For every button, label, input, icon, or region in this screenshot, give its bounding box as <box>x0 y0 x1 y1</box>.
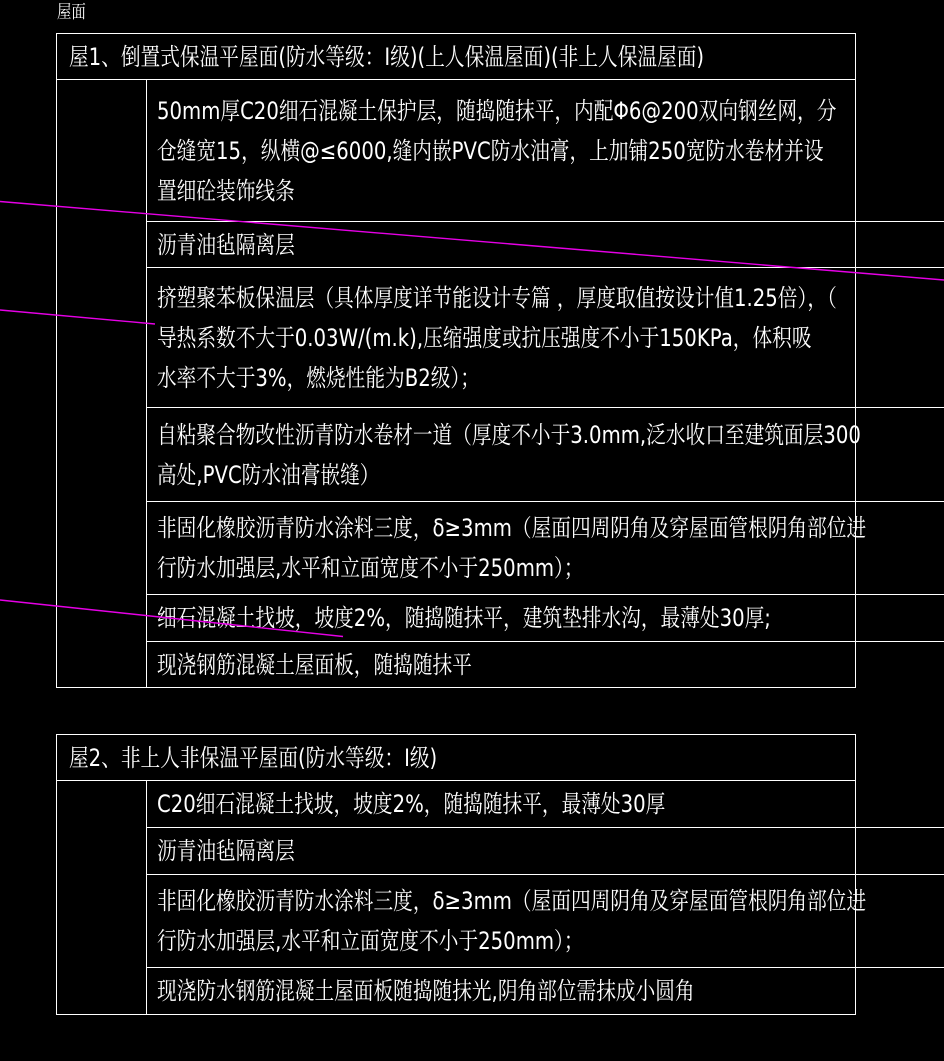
layer-row: C20细石混凝土找坡，坡度2%，随捣随抹平，最薄处30厚 <box>147 781 944 827</box>
layer-text-line: 水率不大于3%，燃烧性能为B2级）； <box>157 358 837 398</box>
layer-row: 现浇防水钢筋混凝土屋面板随捣随抹光,阴角部位需抹成小圆角 <box>147 967 944 1014</box>
roof-spec-table-1: 屋1、倒置式保温平屋面(防水等级：Ⅰ级)(上人保温屋面)(非上人保温屋面) 50… <box>56 33 856 688</box>
layer-row: 非固化橡胶沥青防水涂料三度，δ≥3mm（屋面四周阴角及穿屋面管根阴角部位进 行防… <box>147 874 944 967</box>
table-title-text: 屋1、倒置式保温平屋面(防水等级：Ⅰ级)(上人保温屋面)(非上人保温屋面) <box>69 37 704 77</box>
table-title: 屋2、非上人非保温平屋面(防水等级：Ⅰ级) <box>57 735 855 781</box>
layer-text-line: 行防水加强层,水平和立面宽度不小于250mm）； <box>157 921 866 961</box>
layer-row: 挤塑聚苯板保温层（具体厚度详节能设计专篇 ，厚度取值按设计值1.25倍），（ 导… <box>147 267 944 407</box>
layer-text-line: 置细砼装饰线条 <box>157 171 836 211</box>
layer-row: 50mm厚C20细石混凝土保护层，随捣随抹平，内配Φ6@200双向钢丝网，分 仓… <box>147 80 944 221</box>
layer-text-line: 自粘聚合物改性沥青防水卷材一道（厚度不小于3.0mm,泛水收口至建筑面层300 <box>157 415 861 455</box>
layer-text-line: 仓缝宽15，纵横@≤6000,缝内嵌PVC防水油膏，上加铺250宽防水卷材并设 <box>157 131 836 171</box>
empty-label-column <box>57 781 147 1014</box>
layer-text-line: 非固化橡胶沥青防水涂料三度，δ≥3mm（屋面四周阴角及穿屋面管根阴角部位进 <box>157 508 866 548</box>
layer-row: 现浇钢筋混凝土屋面板，随捣随抹平 <box>147 641 944 687</box>
table-title: 屋1、倒置式保温平屋面(防水等级：Ⅰ级)(上人保温屋面)(非上人保温屋面) <box>57 34 855 80</box>
layer-row: 沥青油毡隔离层 <box>147 827 944 874</box>
layer-list: 50mm厚C20细石混凝土保护层，随捣随抹平，内配Φ6@200双向钢丝网，分 仓… <box>147 80 944 687</box>
layer-row: 非固化橡胶沥青防水涂料三度，δ≥3mm（屋面四周阴角及穿屋面管根阴角部位进 行防… <box>147 501 944 594</box>
table-body: C20细石混凝土找坡，坡度2%，随捣随抹平，最薄处30厚 沥青油毡隔离层 非固化… <box>57 781 855 1014</box>
layer-text-line: 50mm厚C20细石混凝土保护层，随捣随抹平，内配Φ6@200双向钢丝网，分 <box>157 91 836 131</box>
layer-text-line: 行防水加强层,水平和立面宽度不小于250mm）； <box>157 548 866 588</box>
layer-text-line: 现浇钢筋混凝土屋面板，随捣随抹平 <box>157 645 472 685</box>
layer-text-line: 导热系数不大于0.03W/(m.k),压缩强度或抗压强度不小于150KPa，体积… <box>157 318 837 358</box>
roof-spec-table-2: 屋2、非上人非保温平屋面(防水等级：Ⅰ级) C20细石混凝土找坡，坡度2%，随捣… <box>56 734 856 1015</box>
table-body: 50mm厚C20细石混凝土保护层，随捣随抹平，内配Φ6@200双向钢丝网，分 仓… <box>57 80 855 687</box>
layer-text-line: 沥青油毡隔离层 <box>157 225 295 265</box>
table-title-text: 屋2、非上人非保温平屋面(防水等级：Ⅰ级) <box>69 738 437 778</box>
layer-text-line: 高处,PVC防水油膏嵌缝） <box>157 455 861 495</box>
layer-text-line: 非固化橡胶沥青防水涂料三度，δ≥3mm（屋面四周阴角及穿屋面管根阴角部位进 <box>157 881 866 921</box>
layer-text-line: 细石混凝土找坡，坡度2%，随捣随抹平，建筑垫排水沟，最薄处30厚; <box>157 598 771 638</box>
layer-list: C20细石混凝土找坡，坡度2%，随捣随抹平，最薄处30厚 沥青油毡隔离层 非固化… <box>147 781 944 1014</box>
layer-row: 自粘聚合物改性沥青防水卷材一道（厚度不小于3.0mm,泛水收口至建筑面层300 … <box>147 407 944 501</box>
layer-row: 细石混凝土找坡，坡度2%，随捣随抹平，建筑垫排水沟，最薄处30厚; <box>147 594 944 641</box>
layer-text-line: 现浇防水钢筋混凝土屋面板随捣随抹光,阴角部位需抹成小圆角 <box>157 971 695 1011</box>
layer-text-line: 挤塑聚苯板保温层（具体厚度详节能设计专篇 ，厚度取值按设计值1.25倍），（ <box>157 278 837 318</box>
layer-row: 沥青油毡隔离层 <box>147 221 944 267</box>
layer-text-line: C20细石混凝土找坡，坡度2%，随捣随抹平，最薄处30厚 <box>157 784 665 824</box>
section-label: 屋面 <box>57 1 86 25</box>
empty-label-column <box>57 80 147 687</box>
layer-text-line: 沥青油毡隔离层 <box>157 831 295 871</box>
